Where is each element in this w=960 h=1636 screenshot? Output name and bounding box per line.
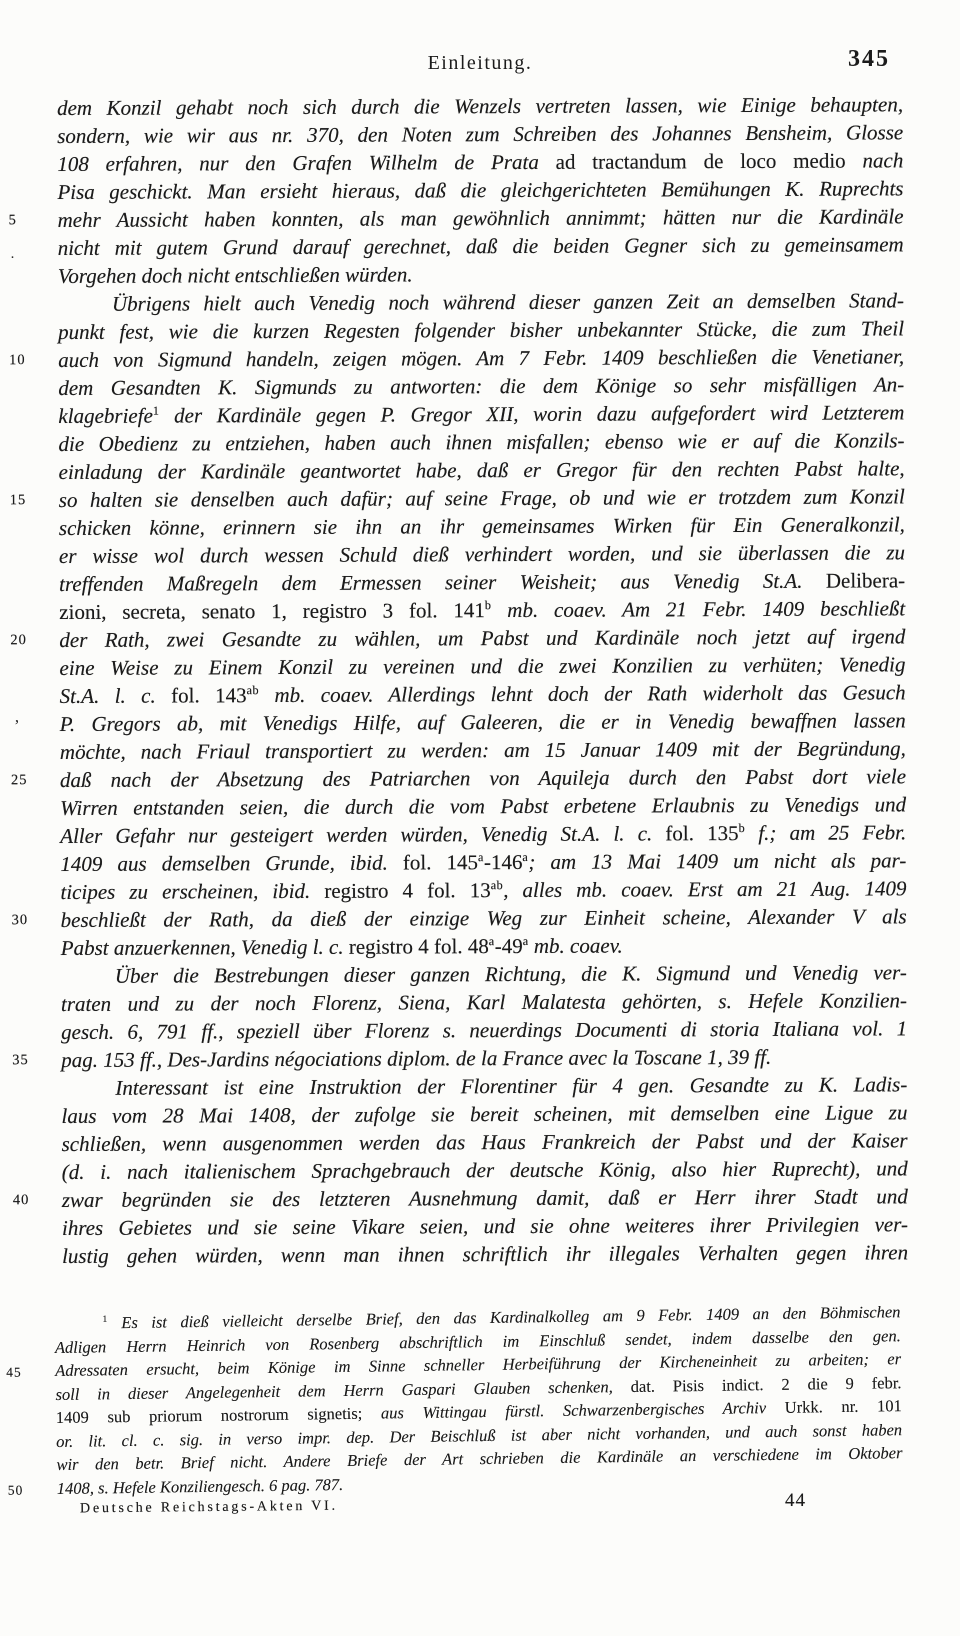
superscript-reference: ab [491, 878, 504, 892]
text-segment: ; am 13 Mai 1409 um nicht als par- [528, 848, 906, 874]
page-number: 345 [848, 46, 890, 73]
text-segment: Wirren entstanden seien, die durch die v… [60, 792, 906, 820]
text-segment: mb. coaev. Allerdings lehnt doch der Rat… [259, 680, 906, 707]
text-segment: Über die Bestrebungen dieser ganzen Rich… [115, 960, 907, 987]
text-segment: Aller Gefahr nur gesteigert werden würde… [60, 821, 665, 848]
margin-line-number: 35 [12, 1049, 52, 1071]
text-segment: Interessant ist eine Instruktion der Flo… [115, 1072, 907, 1099]
text-segment: mb. coaev. Am 21 Febr. 1409 beschließt [491, 596, 905, 622]
text-segment: gesch. 6, 791 ff., speziell über Florenz… [61, 1016, 907, 1044]
text-segment: die Obedienz zu entziehen, haben auch ih… [58, 428, 904, 456]
text-segment: möchte, nach Friaul transportiert zu wer… [60, 736, 906, 764]
text-line: 20der Rath, zwei Gesandte zu wählen, um … [59, 622, 905, 654]
text-segment: beschließt der Rath, da dieß der einzige… [61, 904, 907, 932]
text-line: Pisa geschickt. Man ersieht hieraus, daß… [57, 174, 903, 206]
text-segment: er wisse wol durch wessen Schuld dieß ve… [59, 540, 905, 568]
text-segment: treffenden Maßregeln dem Ermessen seiner… [59, 569, 826, 596]
text-segment: , alles mb. coaev. Erst am 21 Aug. 1409 [503, 876, 906, 902]
text-segment: sondern, wie wir aus nr. 370, den Noten … [57, 120, 903, 148]
text-segment: f.; am 25 Febr. [745, 820, 906, 845]
margin-line-number: 45 [6, 1361, 46, 1384]
text-segment: -49 [495, 934, 523, 958]
margin-line-number: 5 [9, 209, 49, 231]
text-segment: eine Weise zu Einem Konzil zu vereinen u… [59, 652, 905, 680]
text-line: 30beschließt der Rath, da dieß der einzi… [61, 902, 907, 934]
text-line: ticipes zu erscheinen, ibid. registro 4 … [60, 874, 906, 906]
text-segment: der Rath, zwei Gesandte zu wählen, um Pa… [59, 624, 905, 652]
text-segment: (d. i. nach italienischem Sprachgebrauch… [62, 1156, 908, 1184]
text-line: ihres Gebietes und sie seine Vikare seie… [62, 1210, 908, 1242]
text-segment: dem Gesandten K. Sigmunds zu antworten: … [58, 372, 904, 400]
text-line: 1409 aus demselben Grunde, ibid. fol. 14… [60, 846, 906, 878]
running-header-title: Einleitung. [57, 52, 903, 75]
text-segment: Übrigens hielt auch Venedig noch während… [112, 288, 904, 315]
scan-artifact-dot: · [10, 250, 15, 267]
text-segment: 1409 aus demselben Grunde, ibid. [60, 850, 403, 875]
text-segment: fol. 135 [665, 821, 738, 845]
text-segment: ticipes zu erscheinen, ibid. [60, 879, 324, 904]
text-line: St.A. l. c. fol. 143ab mb. coaev. Allerd… [60, 678, 906, 710]
margin-line-number: 10 [9, 349, 49, 371]
text-segment: P. Gregors ab, mit Venedigs Hilfe, auf G… [60, 708, 906, 736]
text-segment: punkt fest, wie die kurzen Regesten folg… [58, 316, 904, 344]
text-line: die Obedienz zu entziehen, haben auch ih… [58, 426, 904, 458]
text-segment: Urkk. nr. 101 [785, 1396, 902, 1417]
text-line: klagebriefe1 der Kardinäle gegen P. Greg… [58, 398, 904, 430]
text-segment: auch von Sigmund handeln, zeigen mögen. … [58, 344, 904, 372]
text-line: schließen, wenn ausgenommen werden das H… [62, 1126, 908, 1158]
text-segment: registro 4 fol. 13 [324, 878, 490, 903]
text-line: treffenden Maßregeln dem Ermessen seiner… [59, 566, 905, 598]
text-line: 25daß nach der Absetzung des Patriarchen… [60, 762, 906, 794]
text-line: (d. i. nach italienischem Sprachgebrauch… [62, 1154, 908, 1186]
scan-artifact-speck: ’ [14, 716, 20, 736]
text-segment: der Kardinäle gegen P. Gregor XII, worin… [159, 400, 904, 427]
text-segment: 1408, s. Hefele Konziliengesch. 6 pag. 7… [57, 1475, 344, 1498]
text-segment: St.A. l. c. [60, 684, 172, 708]
text-segment: ad tractandum de loco medio [556, 149, 846, 174]
series-signature: Deutsche Reichstags-Akten VI. [80, 1499, 338, 1518]
text-segment: klagebriefe [58, 404, 153, 428]
text-line: laus vom 28 Mai 1408, der zufolge sie be… [61, 1098, 907, 1130]
text-line: Interessant ist eine Instruktion der Flo… [61, 1070, 907, 1102]
text-segment: schließen, wenn ausgenommen werden das H… [62, 1128, 908, 1156]
text-line: einladung der Kardinäle geantwortet habe… [59, 454, 905, 486]
text-line: Pabst anzuerkennen, Venedig l. c. regist… [61, 930, 907, 962]
margin-line-number: 30 [12, 909, 52, 931]
text-segment: registro 4 fol. 48 [349, 934, 489, 959]
text-line: lustig gehen würden, wenn man ihnen schr… [62, 1238, 908, 1270]
text-line: 5mehr Aussicht haben konnten, als man ge… [57, 202, 903, 234]
text-segment: einladung der Kardinäle geantwortet habe… [59, 456, 905, 484]
margin-line-number: 40 [13, 1189, 53, 1211]
text-segment: lustig gehen würden, wenn man ihnen schr… [62, 1240, 908, 1268]
margin-line-number: 25 [11, 769, 51, 791]
text-line: zioni, secreta, senato 1, registro 3 fol… [59, 594, 905, 626]
text-line: sondern, wie wir aus nr. 370, den Noten … [57, 118, 903, 150]
text-segment: aus Wittingau fürstl. Schwarzenbergische… [381, 1398, 785, 1423]
scanned-book-page: Einleitung. 345 dem Konzil gehabt noch s… [0, 0, 960, 1636]
text-line: P. Gregors ab, mit Venedigs Hilfe, auf G… [60, 706, 906, 738]
margin-line-number: 15 [10, 489, 50, 511]
text-segment: dem Konzil gehabt noch sich durch die We… [57, 92, 903, 120]
text-line: 108 erfahren, nur den Grafen Wilhelm de … [57, 146, 903, 178]
text-segment: ihres Gebietes und sie seine Vikare seie… [62, 1212, 908, 1240]
superscript-reference: ab [247, 683, 260, 697]
text-line: Aller Gefahr nur gesteigert werden würde… [60, 818, 906, 850]
text-segment: laus vom 28 Mai 1408, der zufolge sie be… [61, 1100, 907, 1128]
text-segment: Delibera- [826, 568, 905, 592]
footnote-block: 1 Es ist dieß vielleicht derselbe Brief,… [54, 1300, 903, 1500]
text-line: Vorgehen doch nicht entschließen würden. [58, 258, 904, 290]
text-line: dem Konzil gehabt noch sich durch die We… [57, 90, 903, 122]
text-line: 10auch von Sigmund handeln, zeigen mögen… [58, 342, 904, 374]
text-segment: dat. Pisis indict. 2 die 9 febr. [631, 1373, 902, 1396]
text-line: Übrigens hielt auch Venedig noch während… [58, 286, 904, 318]
text-line: Wirren entstanden seien, die durch die v… [60, 790, 906, 822]
text-line: punkt fest, wie die kurzen Regesten folg… [58, 314, 904, 346]
text-segment: 108 erfahren, nur den Grafen Wilhelm de … [57, 150, 555, 176]
text-segment: -146 [484, 850, 523, 874]
text-line: gesch. 6, 791 ff., speziell über Florenz… [61, 1014, 907, 1046]
text-line: Über die Bestrebungen dieser ganzen Rich… [61, 958, 907, 990]
text-line: er wisse wol durch wessen Schuld dieß ve… [59, 538, 905, 570]
text-segment: Vorgehen doch nicht entschließen würden. [58, 262, 413, 288]
text-segment: Pisa geschickt. Man ersieht hieraus, daß… [57, 176, 903, 204]
text-line: traten und zu der noch Florenz, Siena, K… [61, 986, 907, 1018]
text-segment: so halten sie denselben auch dafür; auf … [59, 484, 905, 512]
margin-line-number: 50 [8, 1479, 48, 1502]
text-segment: nach [846, 148, 904, 172]
text-segment: fol. 145 [403, 850, 478, 874]
margin-line-number: 20 [10, 629, 50, 651]
text-line: schicken könne, erinnern sie ihn an ihr … [59, 510, 905, 542]
text-segment: zioni, secreta, senato 1, registro 3 fol… [59, 598, 485, 624]
text-segment: schicken könne, erinnern sie ihn an ihr … [59, 512, 905, 540]
text-line: nicht mit gutem Grund darauf gerechnet, … [58, 230, 904, 262]
text-segment: nicht mit gutem Grund darauf gerechnet, … [58, 232, 904, 260]
text-line: 15so halten sie denselben auch dafür; au… [59, 482, 905, 514]
text-segment: daß nach der Absetzung des Patriarchen v… [60, 764, 906, 792]
text-line: möchte, nach Friaul transportiert zu wer… [60, 734, 906, 766]
main-text-block: dem Konzil gehabt noch sich durch die We… [57, 90, 908, 1270]
text-segment: 1409 sub priorum nostrorum signetis; [56, 1403, 381, 1427]
text-segment: zwar begründen sie des letzteren Ausnehm… [62, 1184, 908, 1212]
text-segment: Pabst anzuerkennen, Venedig l. c. [61, 935, 349, 960]
text-line: dem Gesandten K. Sigmunds zu antworten: … [58, 370, 904, 402]
text-line: 35pag. 153 ff., Des-Jardins négociations… [61, 1042, 907, 1074]
text-line: eine Weise zu Einem Konzil zu vereinen u… [59, 650, 905, 682]
text-segment: traten und zu der noch Florenz, Siena, K… [61, 988, 907, 1016]
text-line: 40zwar begründen sie des letzteren Ausne… [62, 1182, 908, 1214]
text-segment: mb. coaev. [529, 934, 623, 958]
text-segment: pag. 153 ff., Des-Jardins négociations d… [61, 1045, 771, 1072]
text-segment: mehr Aussicht haben konnten, als man gew… [57, 204, 903, 232]
sheet-number: 44 [785, 1490, 806, 1512]
text-segment: fol. 143 [171, 683, 247, 707]
